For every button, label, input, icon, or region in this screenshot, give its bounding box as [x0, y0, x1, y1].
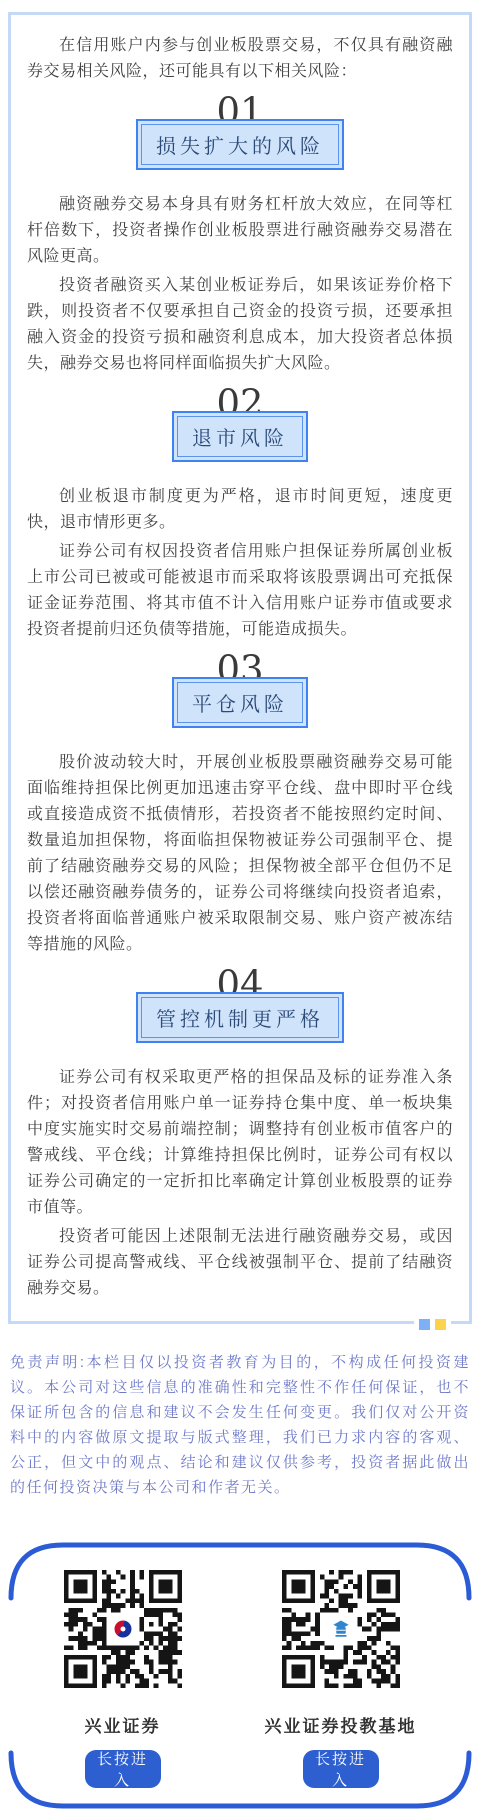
section-title: 平仓风险 — [177, 682, 303, 723]
blue-square-icon — [419, 1319, 430, 1330]
qr-label-edu-base: 兴业证券投教基地 — [265, 1712, 417, 1737]
disclaimer-text: 免责声明:本栏目仅以投资者教育为目的，不构成任何投资建议。本公司对这些信息的准确… — [10, 1350, 470, 1500]
paragraph: 融资融券交易本身具有财务杠杆放大效应，在同等杠杆倍数下，投资者操作创业板股票进行… — [27, 192, 453, 270]
section-title: 管控机制更严格 — [141, 997, 339, 1038]
section-title-badge: 管控机制更严格 — [136, 992, 344, 1043]
section-title-badge: 损失扩大的风险 — [136, 119, 344, 170]
qr-label-xyzq: 兴业证券 — [85, 1712, 161, 1737]
footer-qr-panel: 兴业证券 长按进入 兴业证券投教基地 长按进入 — [8, 1542, 472, 1809]
qr-code-xyzq[interactable] — [64, 1570, 182, 1688]
section-loss-risk: 01 损失扩大的风险 融资融券交易本身具有财务杠杆放大效应，在同等杠杆倍数下，投… — [27, 93, 453, 377]
section-title: 损失扩大的风险 — [141, 124, 339, 165]
section-title-badge: 退市风险 — [172, 411, 308, 462]
section-delisting-risk: 02 退市风险 创业板退市制度更为严格，退市时间更短，速度更快，退市情形更多。 … — [27, 385, 453, 643]
section-title: 退市风险 — [177, 416, 303, 457]
long-press-enter-button-edu-base[interactable]: 长按进入 — [303, 1750, 379, 1788]
qr-card-edu-base: 兴业证券投教基地 长按进入 — [265, 1570, 417, 1788]
section-liquidation-risk: 03 平仓风险 股价波动较大时，开展创业板股票融资融券交易可能面临维持担保比例更… — [27, 651, 453, 958]
qr-code-edu-base[interactable] — [282, 1570, 400, 1688]
frame-corner-decoration — [414, 1319, 451, 1330]
paragraph: 创业板退市制度更为严格，退市时间更短，速度更快，退市情形更多。 — [27, 484, 453, 536]
xyzq-logo-icon — [109, 1616, 136, 1643]
qr-card-xyzq: 兴业证券 长按进入 — [64, 1570, 182, 1788]
paragraph: 证券公司有权因投资者信用账户担保证券所属创业板上市公司已被或可能被退市而采取将该… — [27, 539, 453, 643]
qr-row: 兴业证券 长按进入 兴业证券投教基地 长按进入 — [8, 1570, 472, 1788]
paragraph: 证券公司有权采取更严格的担保品及标的证券准入条件；对投资者信用账户单一证券持仓集… — [27, 1065, 453, 1221]
intro-paragraph: 在信用账户内参与创业板股票交易，不仅具有融资融券交易相关风险，还可能具有以下相关… — [27, 33, 453, 85]
yellow-square-icon — [435, 1319, 446, 1330]
edu-base-logo-icon — [327, 1616, 354, 1643]
paragraph: 股价波动较大时，开展创业板股票融资融券交易可能面临维持担保比例更加迅速击穿平仓线… — [27, 750, 453, 958]
section-title-badge: 平仓风险 — [172, 677, 308, 728]
page: { "article": { "intro": "在信用账户内参与创业板股票交易… — [0, 12, 480, 1809]
article-frame: 在信用账户内参与创业板股票交易，不仅具有融资融券交易相关风险，还可能具有以下相关… — [8, 12, 472, 1324]
paragraph: 投资者融资买入某创业板证券后，如果该证券价格下跌，则投资者不仅要承担自己资金的投… — [27, 273, 453, 377]
paragraph: 投资者可能因上述限制无法进行融资融券交易，或因证券公司提高警戒线、平仓线被强制平… — [27, 1224, 453, 1302]
long-press-enter-button-xyzq[interactable]: 长按进入 — [85, 1750, 161, 1788]
section-stricter-control: 04 管控机制更严格 证券公司有权采取更严格的担保品及标的证券准入条件；对投资者… — [27, 966, 453, 1302]
